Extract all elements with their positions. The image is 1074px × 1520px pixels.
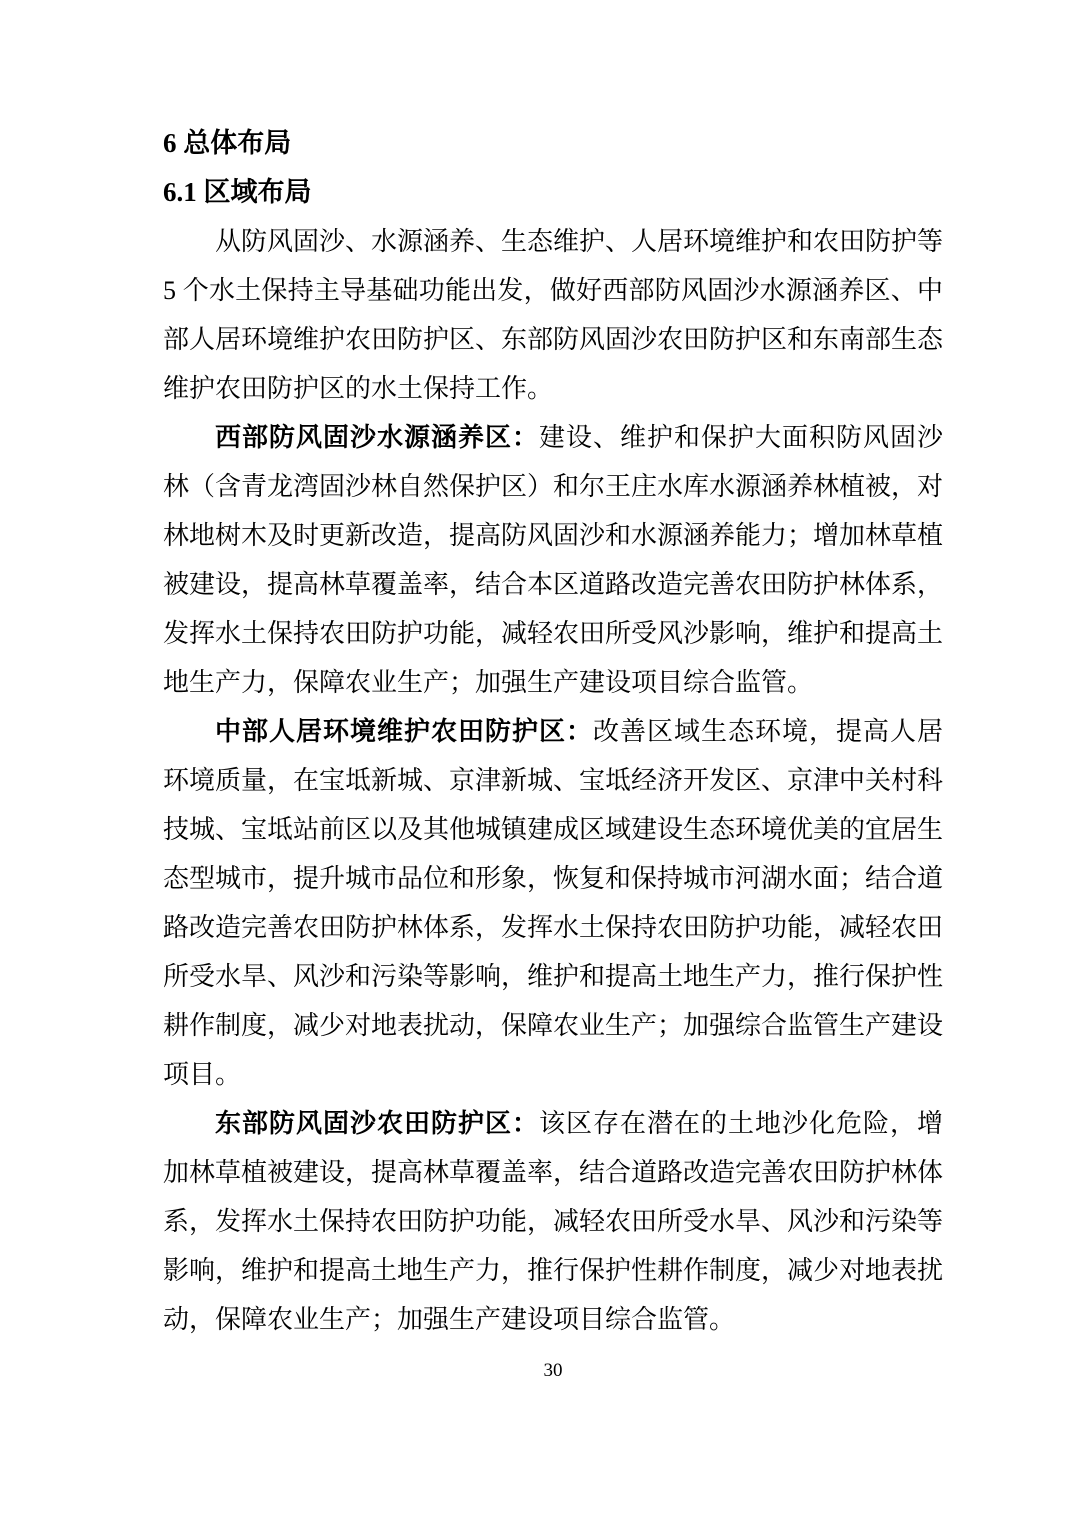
paragraph-1: 从防风固沙、水源涵养、生态维护、人居环境维护和农田防护等5 个水土保持主导基础功… — [163, 217, 943, 413]
text-column: 6 总体布局 6.1 区域布局 从防风固沙、水源涵养、生态维护、人居环境维护和农… — [163, 119, 943, 1344]
document-body: 从防风固沙、水源涵养、生态维护、人居环境维护和农田防护等5 个水土保持主导基础功… — [163, 217, 943, 1344]
page-number: 30 — [544, 1360, 563, 1381]
paragraph-3: 中部人居环境维护农田防护区：改善区域生态环境，提高人居环境质量，在宝坻新城、京津… — [163, 707, 943, 1099]
page-footer: 30 — [163, 1360, 943, 1382]
paragraph-2: 西部防风固沙水源涵养区：建设、维护和保护大面积防风固沙林（含青龙湾固沙林自然保护… — [163, 413, 943, 707]
document-page: 6 总体布局 6.1 区域布局 从防风固沙、水源涵养、生态维护、人居环境维护和农… — [0, 0, 1074, 1520]
section-heading: 6 总体布局 — [163, 119, 943, 168]
subsection-heading: 6.1 区域布局 — [163, 168, 943, 217]
paragraph-2-lead: 西部防风固沙水源涵养区： — [215, 423, 539, 452]
paragraph-4-lead: 东部防风固沙农田防护区： — [215, 1109, 539, 1138]
paragraph-3-lead: 中部人居环境维护农田防护区： — [215, 717, 593, 746]
paragraph-4: 东部防风固沙农田防护区：该区存在潜在的土地沙化危险，增加林草植被建设，提高林草覆… — [163, 1099, 943, 1344]
